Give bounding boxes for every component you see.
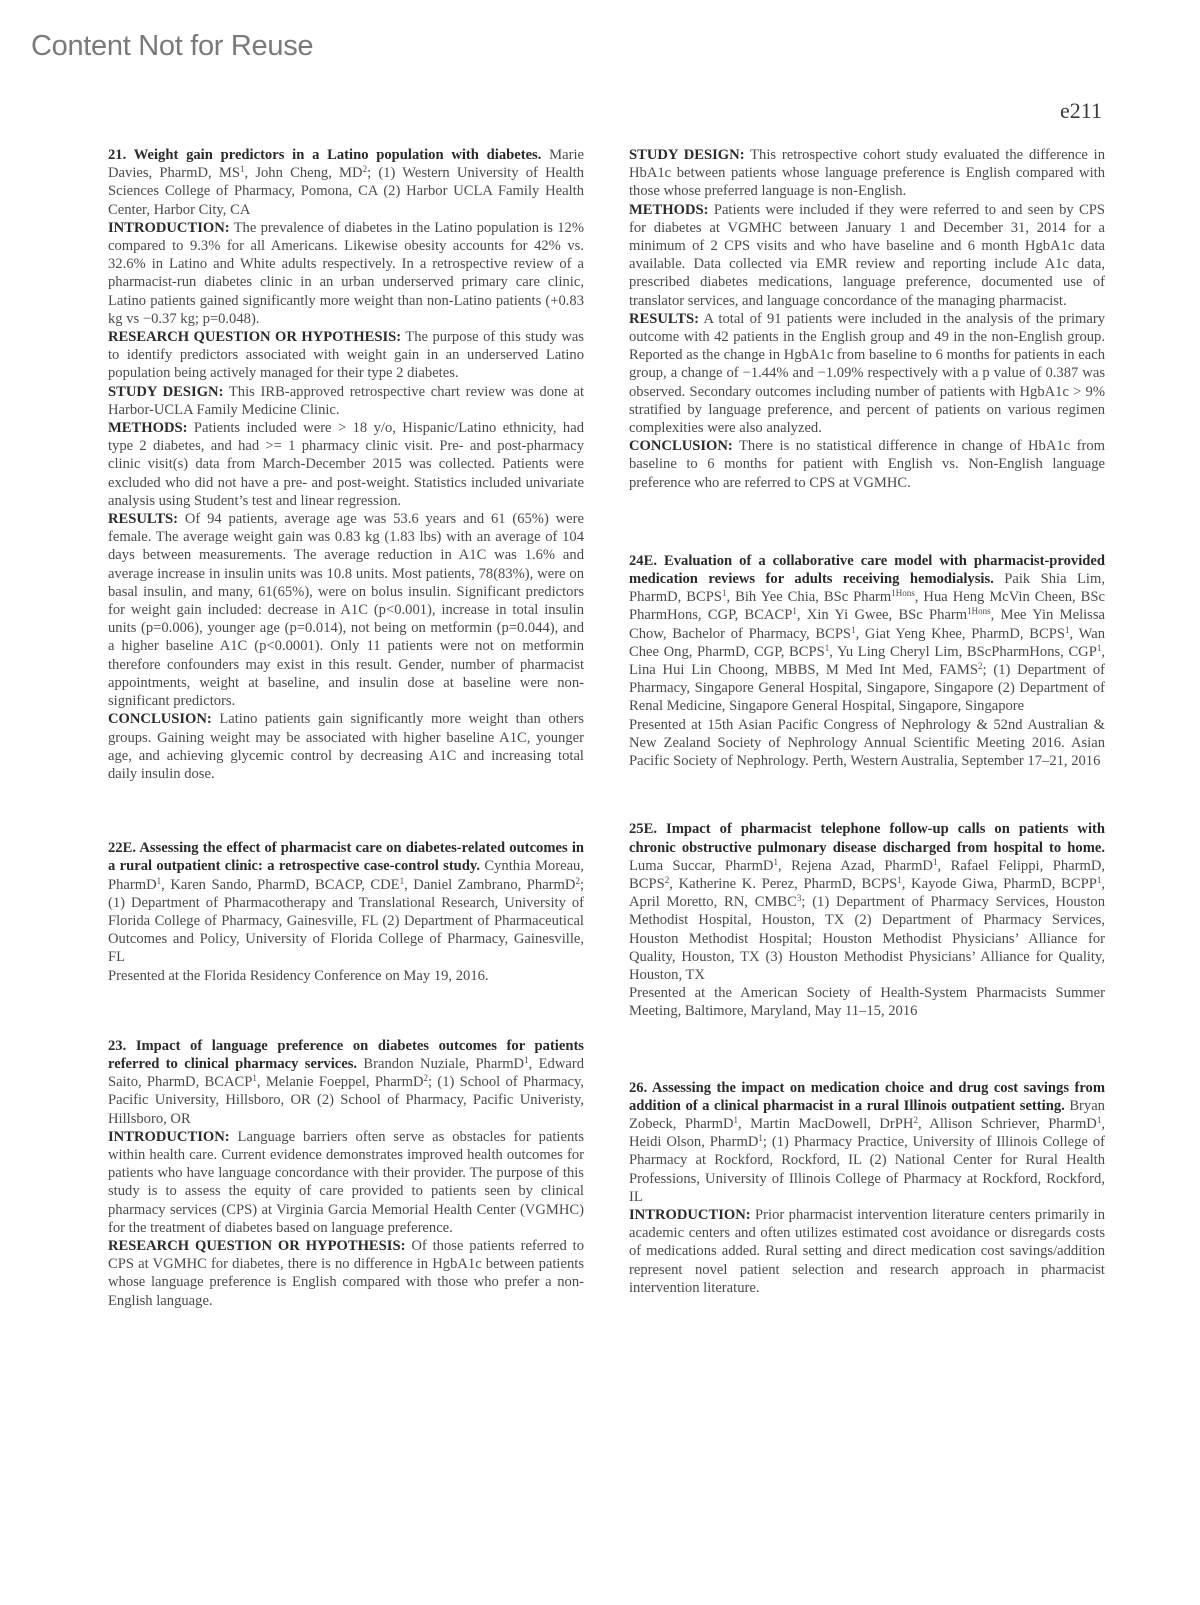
section-text: A total of 91 patients were included in … — [629, 311, 1105, 436]
section-introduction: INTRODUCTION: Prior pharmacist intervent… — [629, 1206, 1105, 1297]
section-label: METHODS: — [108, 420, 187, 436]
section-introduction: INTRODUCTION: The prevalence of diabetes… — [108, 219, 584, 328]
spacer — [629, 492, 1105, 552]
section-label: CONCLUSION: — [629, 438, 733, 454]
right-column: STUDY DESIGN: This retrospective cohort … — [629, 146, 1105, 1297]
abstract-23-continued: STUDY DESIGN: This retrospective cohort … — [629, 146, 1105, 492]
abstract-24e-header: 24E. Evaluation of a collaborative care … — [629, 552, 1105, 716]
watermark: Content Not for Reuse — [31, 30, 313, 63]
spacer — [629, 1021, 1105, 1079]
left-column: 21. Weight gain predictors in a Latino p… — [108, 146, 584, 1310]
abstract-title: 26. Assessing the impact on medication c… — [629, 1080, 1105, 1114]
section-conclusion: CONCLUSION: Latino patients gain signifi… — [108, 710, 584, 783]
abstract-21: 21. Weight gain predictors in a Latino p… — [108, 146, 584, 783]
author-affiliation-marker: 1Hons — [967, 606, 991, 616]
abstract-22e-header: 22E. Assessing the effect of pharmacist … — [108, 839, 584, 966]
author: , Xin Yi Gwee, BSc Pharm — [797, 607, 967, 623]
section-methods: METHODS: Patients included were > 18 y/o… — [108, 419, 584, 510]
abstract-25e-header: 25E. Impact of pharmacist telephone foll… — [629, 820, 1105, 984]
section-label: STUDY DESIGN: — [629, 147, 745, 163]
abstract-24e: 24E. Evaluation of a collaborative care … — [629, 552, 1105, 770]
spacer — [108, 985, 584, 1037]
section-results: RESULTS: Of 94 patients, average age was… — [108, 510, 584, 710]
section-hypothesis: RESEARCH QUESTION OR HYPOTHESIS: The pur… — [108, 328, 584, 383]
section-label: RESULTS: — [629, 311, 699, 327]
author: , Katherine K. Perez, PharmD, BCPS — [669, 876, 897, 892]
section-label: RESEARCH QUESTION OR HYPOTHESIS: — [108, 329, 401, 345]
abstract-23-header: 23. Impact of language preference on dia… — [108, 1037, 584, 1128]
abstract-23: 23. Impact of language preference on dia… — [108, 1037, 584, 1310]
spacer — [629, 770, 1105, 820]
author: , Rejena Azad, PharmD — [778, 858, 933, 874]
abstract-21-header: 21. Weight gain predictors in a Latino p… — [108, 146, 584, 219]
section-label: CONCLUSION: — [108, 711, 212, 727]
author: Luma Succar, PharmD — [629, 858, 773, 874]
abstract-26-header: 26. Assessing the impact on medication c… — [629, 1079, 1105, 1206]
page-number: e211 — [1060, 98, 1102, 124]
section-label: INTRODUCTION: — [108, 1129, 230, 1145]
section-hypothesis: RESEARCH QUESTION OR HYPOTHESIS: Of thos… — [108, 1237, 584, 1310]
section-introduction: INTRODUCTION: Language barriers often se… — [108, 1128, 584, 1237]
author: , Yu Ling Cheryl Lim, BScPharmHons, CGP — [829, 644, 1097, 660]
section-study-design: STUDY DESIGN: This IRB-approved retrospe… — [108, 383, 584, 419]
author: , Giat Yeng Khee, PharmD, BCPS — [856, 626, 1065, 642]
author: , Melanie Foeppel, PharmD — [257, 1074, 424, 1090]
section-label: INTRODUCTION: — [108, 220, 230, 236]
section-label: STUDY DESIGN: — [108, 384, 223, 400]
section-study-design: STUDY DESIGN: This retrospective cohort … — [629, 146, 1105, 201]
abstract-title: 25E. Impact of pharmacist telephone foll… — [629, 821, 1105, 855]
section-conclusion: CONCLUSION: There is no statistical diff… — [629, 437, 1105, 492]
section-methods: METHODS: Patients were included if they … — [629, 201, 1105, 310]
author: , Daniel Zambrano, PharmD — [404, 877, 575, 893]
abstract-25e: 25E. Impact of pharmacist telephone foll… — [629, 820, 1105, 1020]
section-results: RESULTS: A total of 91 patients were inc… — [629, 310, 1105, 437]
author: , Allison Schriever, PharmD — [918, 1116, 1097, 1132]
author: , Karen Sando, PharmD, BCACP, CDE — [161, 877, 399, 893]
abstract-26: 26. Assessing the impact on medication c… — [629, 1079, 1105, 1297]
author: , Martin MacDowell, DrPH — [738, 1116, 913, 1132]
presented-note: Presented at 15th Asian Pacific Congress… — [629, 716, 1105, 771]
section-label: METHODS: — [629, 202, 708, 218]
author: Brandon Nuziale, PharmD — [357, 1056, 524, 1072]
section-label: INTRODUCTION: — [629, 1207, 751, 1223]
author: , Bih Yee Chia, BSc Pharm — [726, 589, 891, 605]
presented-note: Presented at the Florida Residency Confe… — [108, 967, 584, 985]
author-affiliation-marker: 1Hons — [891, 588, 915, 598]
section-label: RESULTS: — [108, 511, 178, 527]
author: , John Cheng, MD — [244, 165, 362, 181]
spacer — [108, 783, 584, 839]
author: , Kayode Giwa, PharmD, BCPP — [902, 876, 1097, 892]
presented-note: Presented at the American Society of Hea… — [629, 984, 1105, 1020]
section-text: Of 94 patients, average age was 53.6 yea… — [108, 511, 584, 709]
abstract-title: 21. Weight gain predictors in a Latino p… — [108, 147, 541, 163]
section-label: RESEARCH QUESTION OR HYPOTHESIS: — [108, 1238, 405, 1254]
abstract-22e: 22E. Assessing the effect of pharmacist … — [108, 839, 584, 985]
